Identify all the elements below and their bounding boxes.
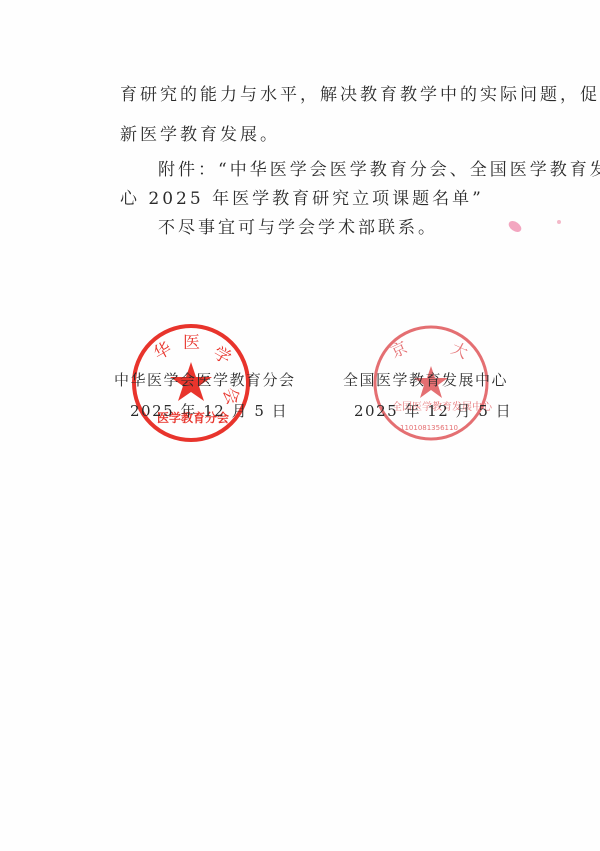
svg-text:华: 华 <box>151 339 176 365</box>
attachment-line-1: 附件：“中华医学会医学教育分会、全国医学教育发展中 <box>158 155 600 180</box>
document-page: 育研究的能力与水平，解决教育教学中的实际问题，促进和创 新医学教育发展。 附件：… <box>0 0 600 851</box>
svg-text:医: 医 <box>183 333 200 353</box>
svg-text:京: 京 <box>388 338 411 362</box>
body-line-2: 新医学教育发展。 <box>120 120 280 145</box>
ink-smudge <box>507 219 524 234</box>
contact-line: 不尽事宜可与学会学术部联系。 <box>158 213 438 238</box>
svg-text:学: 学 <box>210 343 235 369</box>
attachment-line-2: 心 2025 年医学教育研究立项课题名单” <box>120 184 484 209</box>
svg-text:1101081356110: 1101081356110 <box>400 424 458 432</box>
ink-dot <box>557 220 561 224</box>
signature-date-1: 2025 年 12 月 5 日 <box>130 400 288 421</box>
body-line-1: 育研究的能力与水平，解决教育教学中的实际问题，促进和创 <box>120 80 600 105</box>
signature-org-2: 全国医学教育发展中心 <box>343 369 508 390</box>
signature-org-1: 中华医学会医学教育分会 <box>114 369 296 390</box>
signature-date-2: 2025 年 12 月 5 日 <box>354 400 512 421</box>
